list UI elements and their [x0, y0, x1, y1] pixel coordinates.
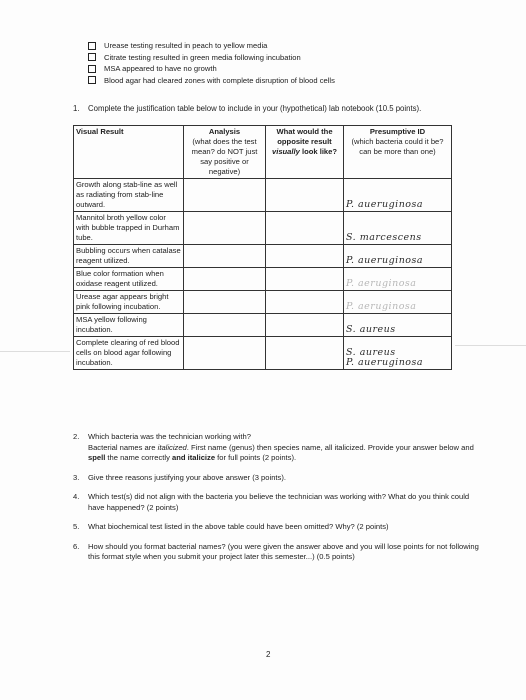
presumptive-id-cell[interactable]: P. aueruginosa: [344, 179, 452, 212]
question-5: 5.What biochemical test listed in the ab…: [73, 522, 483, 533]
page-number: 2: [266, 650, 270, 659]
checklist-item[interactable]: Urease testing resulted in peach to yell…: [88, 40, 335, 52]
table-row: Mannitol broth yellow color with bubble …: [74, 212, 452, 245]
handwritten-answer: P. aueruginosa: [346, 256, 449, 266]
table-row: Urease agar appears bright pink followin…: [74, 291, 452, 314]
presumptive-id-cell[interactable]: S. aureus: [344, 314, 452, 337]
question-6: 6.How should you format bacterial names?…: [73, 542, 483, 563]
analysis-cell[interactable]: [184, 314, 266, 337]
checkbox-icon[interactable]: [88, 65, 96, 73]
visual-result-cell: Complete clearing of red blood cells on …: [74, 337, 184, 370]
question-instructions: Bacterial names are italicized. First na…: [88, 443, 483, 464]
handwritten-answer: S. marcescens: [346, 233, 449, 243]
visual-result-cell: Urease agar appears bright pink followin…: [74, 291, 184, 314]
opposite-result-cell[interactable]: [266, 291, 344, 314]
table-row: Growth along stab-line as well as radiat…: [74, 179, 452, 212]
question-4: 4.Which test(s) did not align with the b…: [73, 492, 483, 513]
table-row: Blue color formation when oxidase reagen…: [74, 268, 452, 291]
presumptive-id-cell[interactable]: S. aureusP. aueruginosa: [344, 337, 452, 370]
analysis-cell[interactable]: [184, 245, 266, 268]
question-1: 1.Complete the justification table below…: [73, 104, 421, 113]
checklist: Urease testing resulted in peach to yell…: [88, 40, 335, 86]
visual-result-cell: Blue color formation when oxidase reagen…: [74, 268, 184, 291]
presumptive-id-cell[interactable]: S. marcescens: [344, 212, 452, 245]
handwritten-answer: P. aeruginosa: [346, 302, 449, 312]
table-row: Complete clearing of red blood cells on …: [74, 337, 452, 370]
opposite-result-cell[interactable]: [266, 212, 344, 245]
opposite-result-cell[interactable]: [266, 337, 344, 370]
analysis-cell[interactable]: [184, 291, 266, 314]
opposite-result-cell[interactable]: [266, 245, 344, 268]
presumptive-id-cell[interactable]: P. aueruginosa: [344, 245, 452, 268]
header-visual-result: Visual Result: [74, 126, 184, 179]
question-3: 3.Give three reasons justifying your abo…: [73, 473, 483, 484]
checklist-item[interactable]: MSA appeared to have no growth: [88, 63, 335, 75]
visual-result-cell: Mannitol broth yellow color with bubble …: [74, 212, 184, 245]
table-row: MSA yellow following incubation.S. aureu…: [74, 314, 452, 337]
handwritten-answer: P. aeruginosa: [346, 279, 449, 289]
presumptive-id-cell[interactable]: P. aeruginosa: [344, 291, 452, 314]
visual-result-cell: Bubbling occurs when catalase reagent ut…: [74, 245, 184, 268]
checklist-item[interactable]: Blood agar had cleared zones with comple…: [88, 75, 335, 87]
visual-result-cell: Growth along stab-line as well as radiat…: [74, 179, 184, 212]
handwritten-answer: S. aureus: [346, 325, 449, 335]
opposite-result-cell[interactable]: [266, 314, 344, 337]
header-presumptive-id: Presumptive ID(which bacteria could it b…: [344, 126, 452, 179]
header-analysis: Analysis(what does the test mean? do NOT…: [184, 126, 266, 179]
visual-result-cell: MSA yellow following incubation.: [74, 314, 184, 337]
checkbox-icon[interactable]: [88, 53, 96, 61]
analysis-cell[interactable]: [184, 337, 266, 370]
questions-list: 2.Which bacteria was the technician work…: [73, 432, 483, 572]
table-header-row: Visual Result Analysis(what does the tes…: [74, 126, 452, 179]
justification-table: Visual Result Analysis(what does the tes…: [73, 125, 452, 370]
checklist-item[interactable]: Citrate testing resulted in green media …: [88, 52, 335, 64]
presumptive-id-cell[interactable]: P. aeruginosa: [344, 268, 452, 291]
table-row: Bubbling occurs when catalase reagent ut…: [74, 245, 452, 268]
question-2: 2.Which bacteria was the technician work…: [73, 432, 483, 464]
handwritten-answer: P. aueruginosa: [346, 358, 449, 368]
handwritten-answer: P. aueruginosa: [346, 200, 449, 210]
analysis-cell[interactable]: [184, 179, 266, 212]
scan-artifact: [0, 351, 70, 352]
opposite-result-cell[interactable]: [266, 179, 344, 212]
checkbox-icon[interactable]: [88, 42, 96, 50]
header-opposite-result: What would the opposite result visually …: [266, 126, 344, 179]
checkbox-icon[interactable]: [88, 76, 96, 84]
scan-artifact: [455, 345, 526, 346]
opposite-result-cell[interactable]: [266, 268, 344, 291]
analysis-cell[interactable]: [184, 212, 266, 245]
analysis-cell[interactable]: [184, 268, 266, 291]
